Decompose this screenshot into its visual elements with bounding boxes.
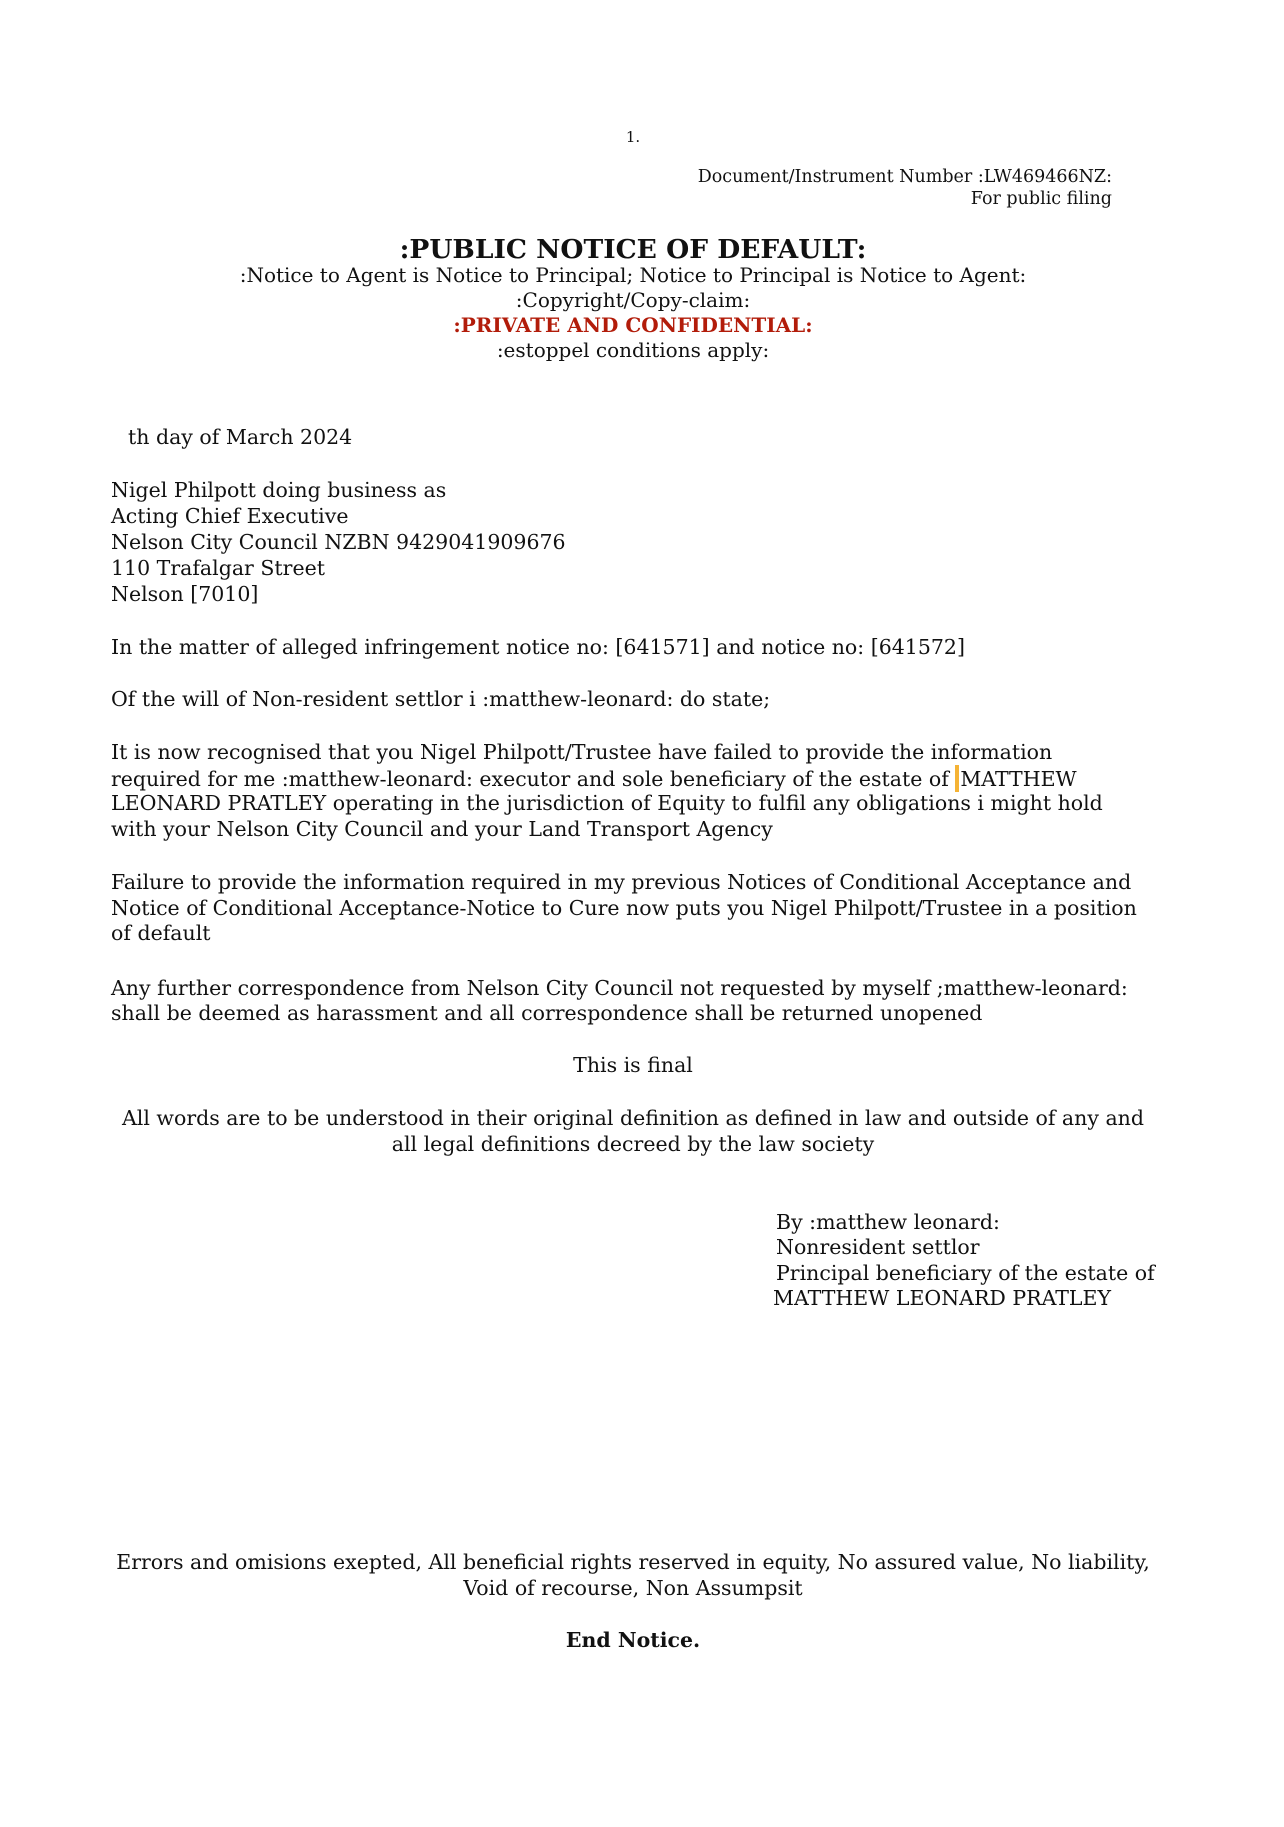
copyright-claim: :Copyright/Copy-claim: — [111, 287, 1155, 313]
addressee-line: 110 Trafalgar Street — [111, 555, 325, 581]
paragraph-line: with your Nelson City Council and your L… — [111, 816, 773, 842]
paragraph-line: LEONARD PRATLEY operating in the jurisdi… — [111, 790, 1103, 816]
matter-line: In the matter of alleged infringement no… — [111, 634, 965, 660]
paragraph-line: of default — [111, 920, 211, 946]
addressee-line: Nelson [7010] — [111, 581, 258, 607]
page-number: 1. — [111, 124, 1155, 150]
date-line: th day of March 2024 — [128, 424, 352, 450]
paragraph-line: Any further correspondence from Nelson C… — [111, 975, 1128, 1001]
agent-principal-notice: :Notice to Agent is Notice to Principal;… — [111, 262, 1155, 288]
paragraph-line: All words are to be understood in their … — [111, 1105, 1155, 1131]
addressee-line: Acting Chief Executive — [111, 503, 348, 529]
addressee-line: Nelson City Council NZBN 9429041909676 — [111, 529, 566, 555]
signature-role: Nonresident settlor — [776, 1234, 980, 1260]
paragraph-line: required for me :matthew-leonard: execut… — [111, 765, 1077, 792]
filing-note: For public filing — [971, 188, 1112, 210]
final-statement: This is final — [111, 1052, 1155, 1078]
paragraph-line: It is now recognised that you Nigel Phil… — [111, 739, 1052, 765]
document-number: Document/Instrument Number :LW469466NZ: — [698, 166, 1112, 188]
estoppel-notice: :estoppel conditions apply: — [111, 337, 1155, 363]
paragraph-line: Notice of Conditional Acceptance-Notice … — [111, 895, 1137, 921]
paragraph-line: Failure to provide the information requi… — [111, 869, 1131, 895]
signature-capacity: Principal beneficiary of the estate of — [776, 1260, 1155, 1286]
end-notice: End Notice. — [111, 1627, 1155, 1653]
document-page: 1. Document/Instrument Number :LW469466N… — [0, 0, 1284, 1827]
confidential-label: :PRIVATE AND CONFIDENTIAL: — [111, 312, 1155, 338]
text-cursor[interactable] — [955, 765, 959, 792]
will-statement: Of the will of Non-resident settlor i :m… — [111, 686, 770, 712]
disclaimer-line: Errors and omisions exepted, All benefic… — [111, 1549, 1155, 1575]
signature-estate-name: MATTHEW LEONARD PRATLEY — [773, 1285, 1111, 1311]
paragraph-text: MATTHEW — [960, 767, 1076, 791]
paragraph-text: required for me :matthew-leonard: execut… — [111, 767, 955, 791]
addressee-line: Nigel Philpott doing business as — [111, 477, 446, 503]
disclaimer-line: Void of recourse, Non Assumpsit — [111, 1575, 1155, 1601]
paragraph-line: all legal definitions decreed by the law… — [111, 1131, 1155, 1157]
signature-by: By :matthew leonard: — [776, 1209, 1000, 1235]
paragraph-line: shall be deemed as harassment and all co… — [111, 1000, 982, 1026]
